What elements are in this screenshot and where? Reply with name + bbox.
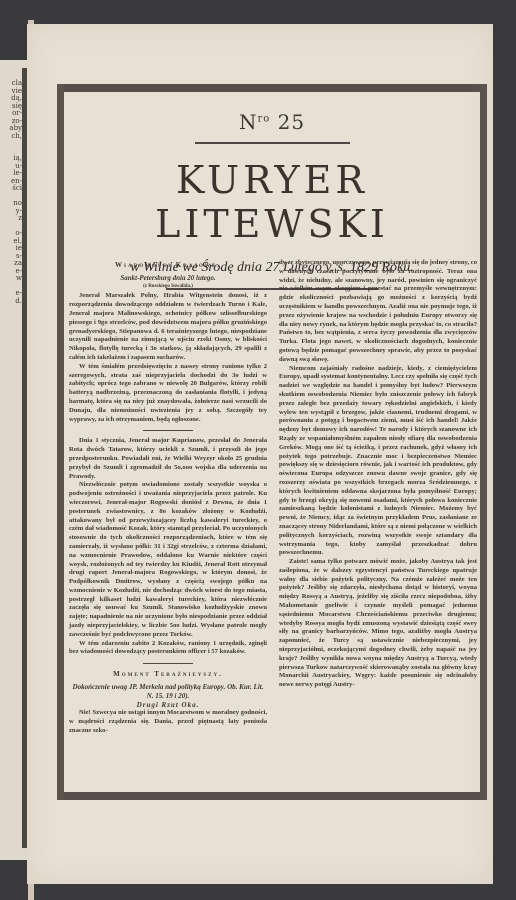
- separator: [143, 430, 193, 431]
- left-column: Wiadomości Krajowe. Sankt-Petersburg dni…: [69, 259, 267, 736]
- paragraph: Jenerał Marszałek Polny, Hrabia Witgenst…: [69, 292, 267, 362]
- section2-subheading: Drugi Rzut Oka.: [69, 701, 267, 710]
- paragraph: W tém śmiałém przedsięwzięciu z nassey s…: [69, 363, 267, 425]
- page-frame: Nro 25 KURYER LITEWSKI w Wilnie we Środę…: [57, 84, 487, 800]
- source-note: (z Russkiego Inwalida.): [69, 283, 267, 292]
- paragraph: W tém zdarzeniu zabito 2 Kozaków, ranion…: [69, 640, 267, 658]
- frame-border-top: [57, 84, 487, 92]
- paragraph: Niezwłócznie potym uwiadomione zostały w…: [69, 481, 267, 639]
- previous-page-text: cla vie dą, się or- zo- aby ch, ią, u- l…: [0, 80, 22, 305]
- section2-heading: Moment Teraźnieyszy.: [69, 670, 267, 679]
- previous-page-edge: cla vie dą, się or- zo- aby ch, ią, u- l…: [0, 60, 30, 860]
- frame-border-right: [480, 84, 487, 800]
- paragraph: Nie! Szwecya nie ustąpi innym Mocarstwom…: [69, 709, 267, 735]
- article-columns: Wiadomości Krajowe. Sankt-Petersburg dni…: [69, 259, 477, 736]
- issue-label: N: [239, 110, 258, 134]
- section2-subtitle: Dokończenie uwag JP. Merkela nad polityk…: [69, 683, 267, 701]
- paragraph: Niemcom zajaśniały radośne nadzieje, kie…: [279, 365, 477, 559]
- paragraph: dy ze zbytecznego, uporczywego, przywiąz…: [279, 259, 477, 365]
- frame-border-left: [57, 84, 64, 800]
- paragraph: Zaiste! sama tylko potwarz mówić może, j…: [279, 558, 477, 690]
- newspaper-title: KURYER LITEWSKI: [64, 158, 480, 246]
- rule-top: [195, 142, 350, 144]
- frame-border-bottom: [57, 792, 487, 800]
- paragraph: Dnia 1 stycznia, Jenerał major Kuprianow…: [69, 437, 267, 481]
- separator: [143, 663, 193, 664]
- right-column: dy ze zbytecznego, uporczywego, przywiąz…: [279, 259, 477, 736]
- place-date: Sankt-Petersburg dnia 20 lutego.: [69, 274, 267, 283]
- issue-number: Nro 25: [64, 110, 480, 134]
- section-heading: Wiadomości Krajowe.: [69, 261, 267, 270]
- newspaper-page: Nro 25 KURYER LITEWSKI w Wilnie we Środę…: [27, 24, 493, 884]
- issue-sup: ro: [257, 113, 270, 124]
- issue-value: 25: [278, 110, 305, 134]
